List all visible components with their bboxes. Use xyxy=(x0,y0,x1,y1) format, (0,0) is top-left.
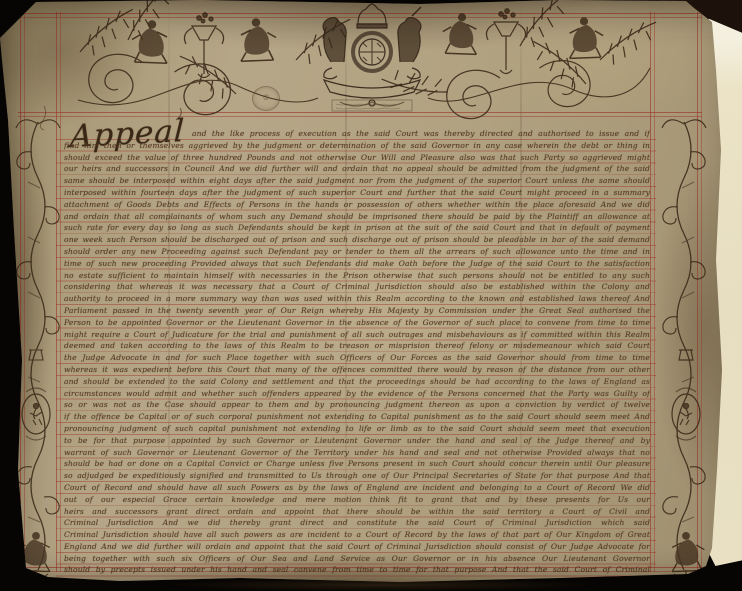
manuscript-line: should be had or done on a Capital Convi… xyxy=(64,458,650,470)
manuscript-line: attachment of Goods Debts and Effects of… xyxy=(64,199,650,211)
ruling-band-bottom xyxy=(18,112,702,113)
manuscript-line: such rate for every day so long as such … xyxy=(64,222,650,234)
manuscript-line: being together with such six Officers of… xyxy=(64,553,650,565)
manuscript-line: should order any new Proceeding against … xyxy=(64,246,650,258)
manuscript-line: our heirs and successors in Council And … xyxy=(64,163,650,175)
manuscript-line: considering that whereas it was necessar… xyxy=(64,281,650,293)
manuscript-line: Criminal Jurisdiction And we did thereby… xyxy=(64,517,650,529)
manuscript-line: and should be extended to the said Colon… xyxy=(64,376,650,388)
right-ornament-column xyxy=(662,120,706,579)
manuscript-line: and ordain that all complainants of whom… xyxy=(64,211,650,223)
manuscript-line: deemed and taken according to the laws o… xyxy=(64,340,650,352)
manuscript-line: and the like process of execution as the… xyxy=(64,128,650,140)
manuscript-line: circumstances would admit and whether su… xyxy=(64,388,650,400)
manuscript-line: interposed within fourteen days after th… xyxy=(64,187,650,199)
ruling-frame-right xyxy=(697,12,698,572)
manuscript-line: so or was not as the Case should appear … xyxy=(64,399,650,411)
manuscript-line: should exceed the value of three hundred… xyxy=(64,152,650,164)
parchment-sheet: Appeal and the like process of execution… xyxy=(0,0,742,591)
table-shadow xyxy=(170,579,590,591)
manuscript-line: pronouncing judgment of such capital pun… xyxy=(64,423,650,435)
manuscript-line: find him then or themselves aggrieved by… xyxy=(64,140,650,152)
ruling-frame-top xyxy=(18,13,702,14)
ruling-frame-right xyxy=(701,12,702,572)
ruling-frame-left xyxy=(20,12,21,572)
manuscript-text: and the like process of execution as the… xyxy=(64,128,650,578)
manuscript-line: Person to be appointed Governor or the L… xyxy=(64,317,650,329)
manuscript-line: England And we did further will ordain a… xyxy=(64,541,650,553)
manuscript-line: warrant of such Governor or Lieutenant G… xyxy=(64,447,650,459)
ruling-frame-left xyxy=(24,12,25,572)
manuscript-line: Court of Record and should have all such… xyxy=(64,482,650,494)
manuscript-line: whereas it was expedient before this Cou… xyxy=(64,364,650,376)
manuscript-line: if the offence be Capital or of such cor… xyxy=(64,411,650,423)
manuscript-line: the Judge Advocate in and for such Place… xyxy=(64,352,650,364)
manuscript-line: time of such new proceeding Provided alw… xyxy=(64,258,650,270)
margin-pen-mark xyxy=(40,106,45,130)
manuscript-line: Parliament passed in the twenty seventh … xyxy=(64,305,650,317)
manuscript-line: to be for that purpose appointed by such… xyxy=(64,435,650,447)
manuscript-line: same should be interposed within eight d… xyxy=(64,175,650,187)
embossed-stamp: ♔ xyxy=(252,86,280,111)
manuscript-line: heirs and successors grant direct ordain… xyxy=(64,506,650,518)
crown-stamp-icon: ♔ xyxy=(262,94,270,103)
left-ornament-column xyxy=(16,120,60,579)
manuscript-line: no estate sufficient to maintain himself… xyxy=(64,270,650,282)
manuscript-line: should by precepts issued under his hand… xyxy=(64,564,650,576)
manuscript-line: Criminal Jurisdiction should have all su… xyxy=(64,529,650,541)
top-flourish-band xyxy=(71,0,663,120)
manuscript-line: authority to proceed in a more summary w… xyxy=(64,293,650,305)
manuscript-line: out of our especial Grace certain knowle… xyxy=(64,494,650,506)
manuscript-line: might require a Court of Judicature for … xyxy=(64,329,650,341)
manuscript-line: so adjudged be expeditiously signified a… xyxy=(64,470,650,482)
photograph-background: Appeal and the like process of execution… xyxy=(0,0,742,591)
manuscript-line: one week such Person should be discharge… xyxy=(64,234,650,246)
ruling-frame-top xyxy=(18,17,702,18)
